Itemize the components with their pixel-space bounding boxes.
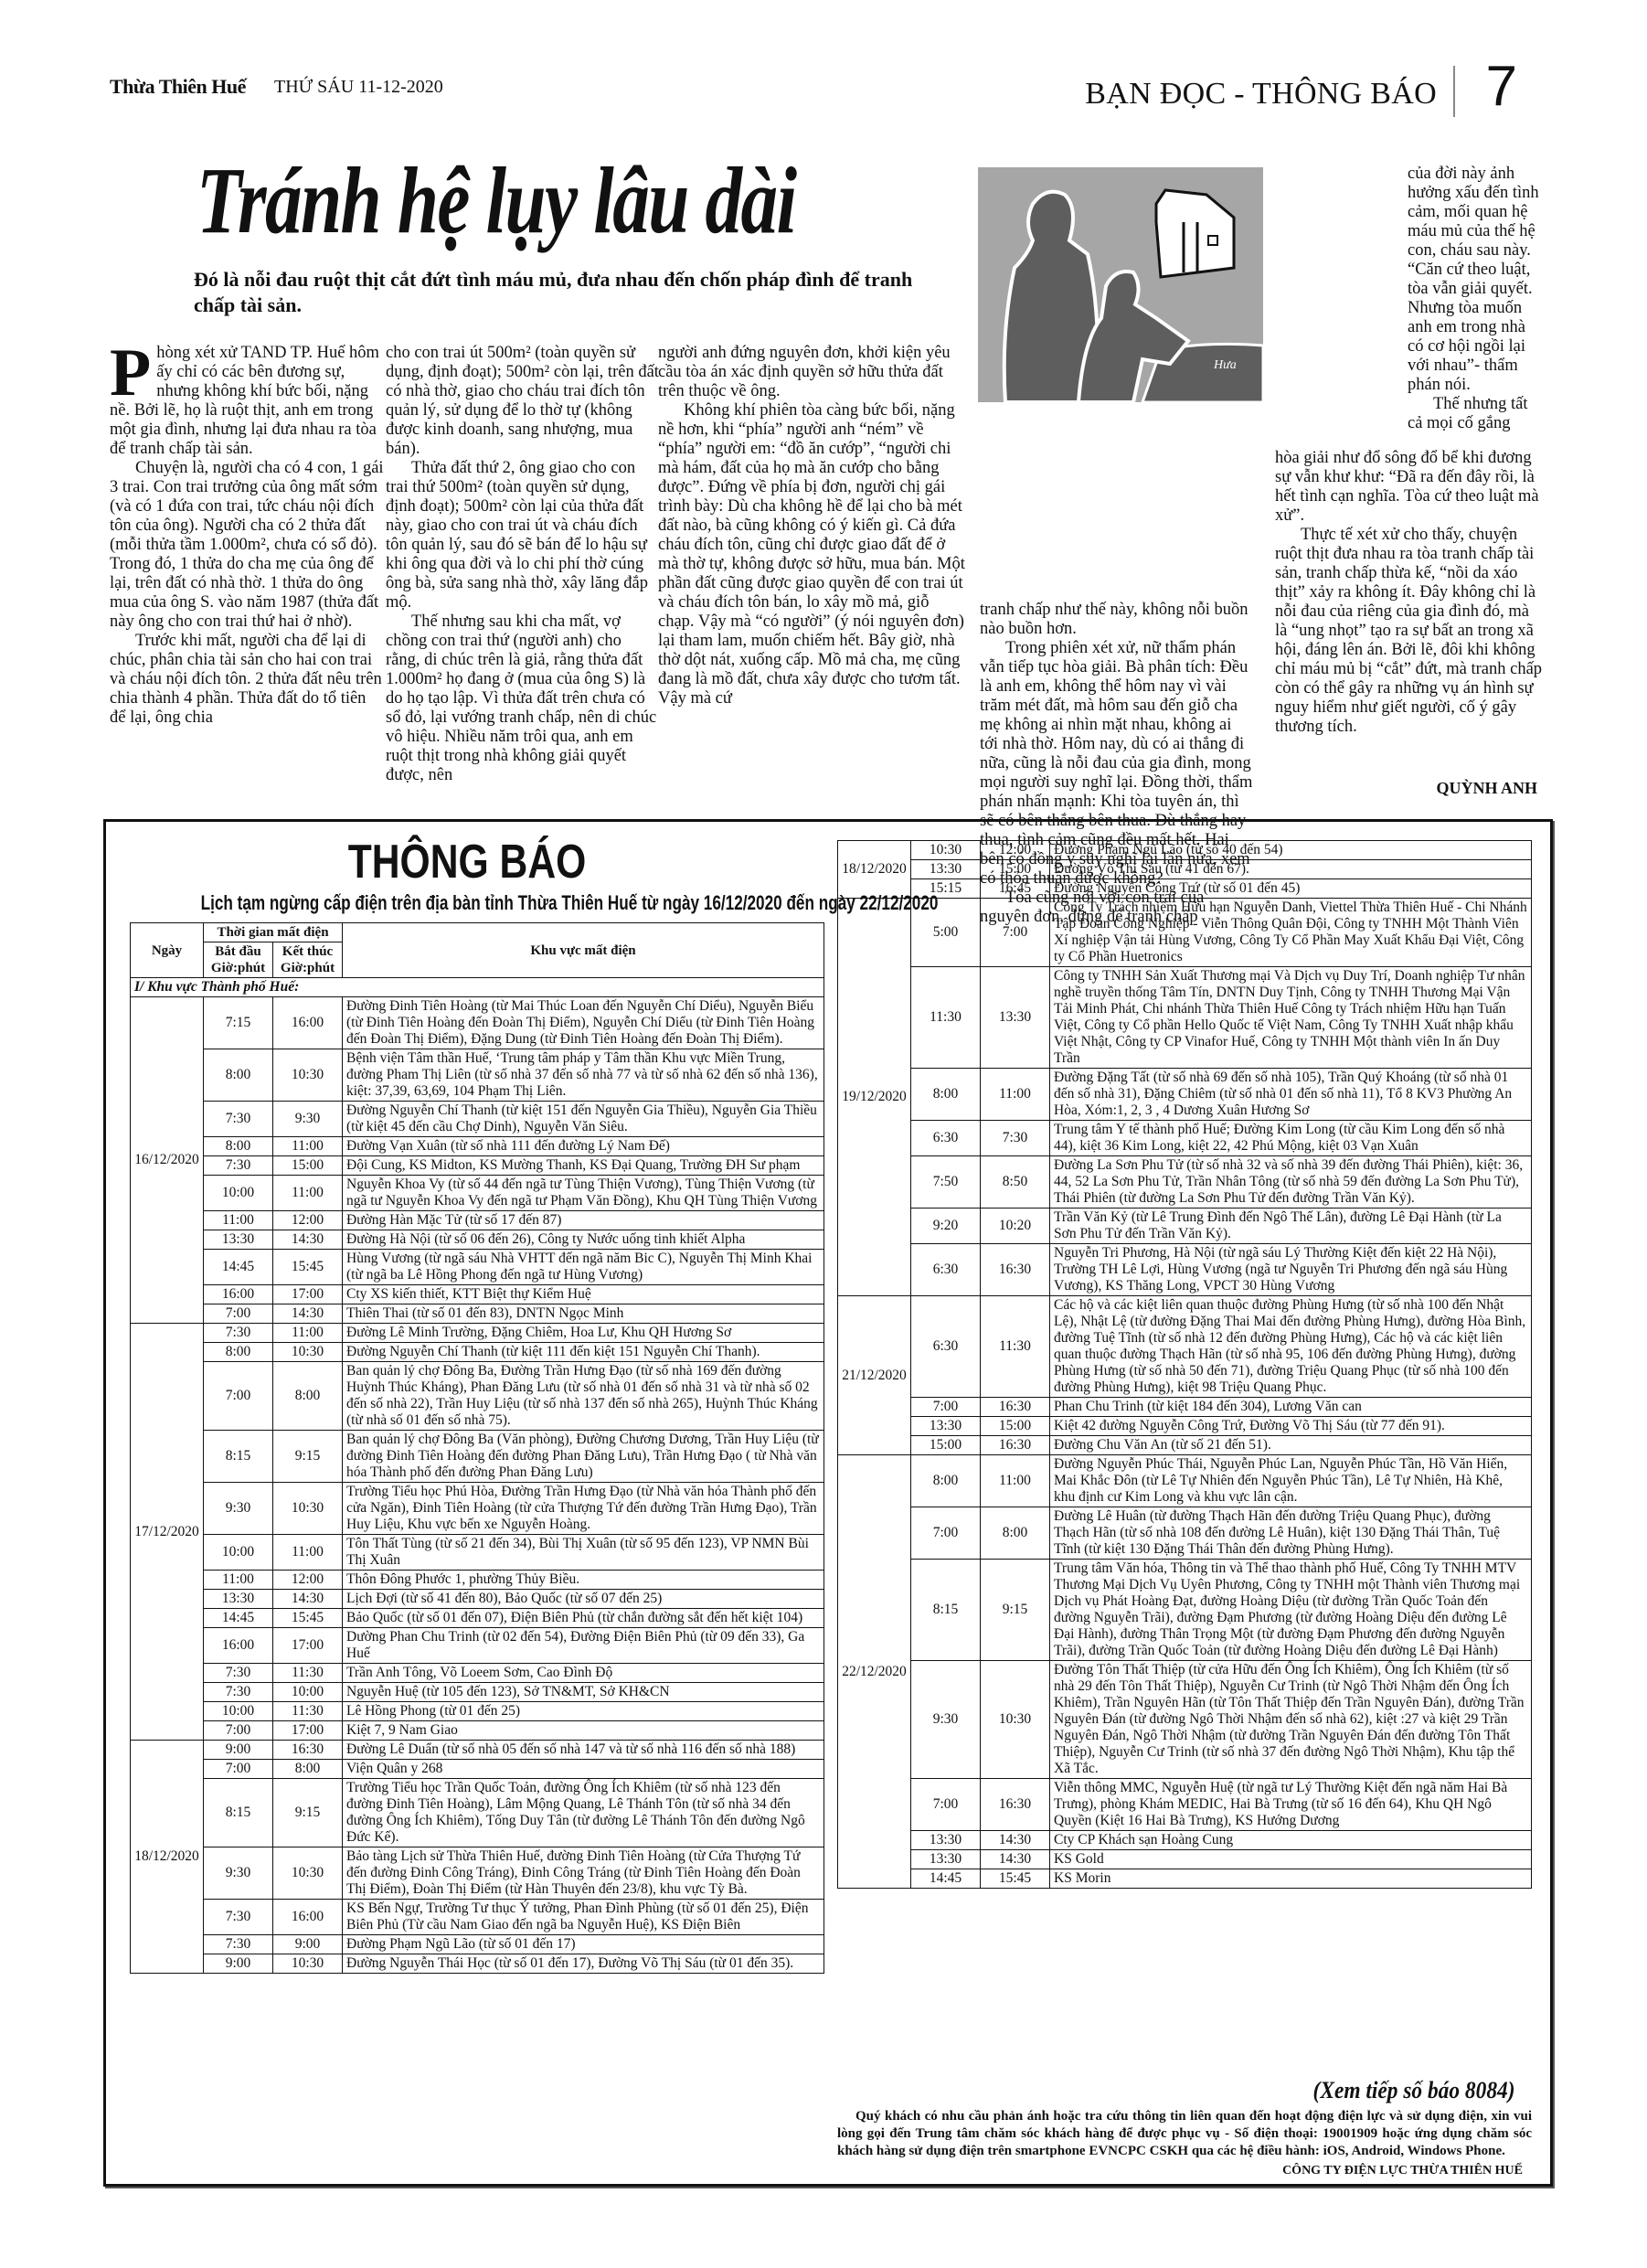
- outage-area: Bệnh viện Tâm thần Huế, ‘Trung tâm pháp …: [343, 1049, 824, 1102]
- outage-start-time: 7:30: [204, 1935, 273, 1954]
- table-row: 8:0010:30Bệnh viện Tâm thần Huế, ‘Trung …: [131, 1049, 824, 1102]
- table-row: 7:008:00Ban quản lý chợ Đông Ba, Đường T…: [131, 1362, 824, 1431]
- outage-area: Nguyễn Huệ (từ 105 đến 123), Sở TN&MT, S…: [343, 1683, 824, 1702]
- outage-end-time: 7:30: [981, 1121, 1050, 1156]
- table-row: 9:3010:30Đường Tôn Thất Thiệp (từ cửa Hữ…: [838, 1661, 1532, 1779]
- outage-end-time: 8:00: [273, 1760, 343, 1779]
- table-row: 6:3016:30Nguyễn Tri Phương, Hà Nội (từ n…: [838, 1244, 1532, 1296]
- table-row: 8:159:15Trường Tiểu học Trần Quốc Toản, …: [131, 1779, 824, 1847]
- outage-area: Lê Hồng Phong (từ 01 đến 25): [343, 1702, 824, 1721]
- outage-area: Trường Tiểu học Phú Hòa, Đường Trần Hưng…: [343, 1483, 824, 1535]
- notice-subtitle: Lịch tạm ngừng cấp điện trên địa bàn tỉn…: [201, 891, 743, 915]
- table-row: 18/12/20209:0016:30Đường Lê Duẩn (từ số …: [131, 1741, 824, 1760]
- outage-end-time: 17:00: [273, 1628, 343, 1664]
- outage-date: 19/12/2020: [838, 899, 911, 1296]
- table-row: 7:0016:30Phan Chu Trinh (từ kiệt 184 đến…: [838, 1398, 1532, 1417]
- paragraph: hòa giải như đổ sông đổ bể khi đương sự …: [1275, 449, 1545, 526]
- outage-start-time: 8:15: [204, 1431, 273, 1483]
- outage-start-time: 7:30: [204, 1102, 273, 1137]
- outage-area: Ban quản lý chợ Đông Ba (Văn phòng), Đườ…: [343, 1431, 824, 1483]
- table-row: 11:0012:00Thôn Đông Phước 1, phường Thủy…: [131, 1571, 824, 1590]
- outage-start-time: 9:00: [204, 1954, 273, 1974]
- outage-end-time: 12:00: [981, 841, 1050, 860]
- outage-start-time: 6:30: [911, 1296, 981, 1398]
- outage-end-time: 16:30: [981, 1244, 1050, 1296]
- outage-start-time: 8:00: [204, 1137, 273, 1156]
- table-row: 14:4515:45KS Morin: [838, 1869, 1532, 1889]
- outage-end-time: 10:30: [273, 1483, 343, 1535]
- table-row: 7:309:30Đường Nguyễn Chí Thanh (từ kiệt …: [131, 1102, 824, 1137]
- outage-area: Nguyễn Khoa Vy (từ số 44 đến ngã tư Tùng…: [343, 1176, 824, 1211]
- paragraph: cho con trai út 500m² (toàn quyền sử dụn…: [386, 344, 660, 459]
- outage-start-time: 13:30: [911, 860, 981, 879]
- outage-start-time: 13:30: [204, 1590, 273, 1609]
- issue-date: THỨ SÁU 11-12-2020: [274, 77, 443, 98]
- article-lead: Đó là nỗi đau ruột thịt cắt đứt tình máu…: [194, 267, 952, 318]
- outage-start-time: 10:00: [204, 1702, 273, 1721]
- paragraph: tranh chấp như thế này, không nỗi buồn n…: [980, 601, 1254, 639]
- article-illustration: Hưa: [978, 167, 1263, 402]
- outage-area: Hùng Vương (từ ngã sáu Nhà VHTT đến ngã …: [343, 1250, 824, 1285]
- illustrator-signature: Hưa: [1213, 358, 1237, 372]
- outage-end-time: 17:00: [273, 1285, 343, 1304]
- table-row: 9:0010:30Đường Nguyễn Thái Học (từ số 01…: [131, 1954, 824, 1974]
- masthead: Thừa Thiên Huế THỨ SÁU 11-12-2020 BẠN ĐỌ…: [110, 66, 1535, 121]
- table-row: 21/12/20206:3011:30Các hộ và các kiệt li…: [838, 1296, 1532, 1398]
- table-row: 14:4515:45Hùng Vương (từ ngã sáu Nhà VHT…: [131, 1250, 824, 1285]
- table-row: 17/12/20207:3011:00Đường Lê Minh Trường,…: [131, 1324, 824, 1343]
- outage-area: Nguyễn Tri Phương, Hà Nội (từ ngã sáu Lý…: [1050, 1244, 1532, 1296]
- outage-end-time: 16:30: [981, 1398, 1050, 1417]
- outage-date: 21/12/2020: [838, 1296, 911, 1455]
- outage-end-time: 14:30: [981, 1850, 1050, 1869]
- outage-start-time: 7:00: [204, 1760, 273, 1779]
- table-row: 7:508:50Đường La Sơn Phu Tử (từ số nhà 3…: [838, 1156, 1532, 1209]
- table-row: 7:0014:30Thiên Thai (từ số 01 đến 83), D…: [131, 1304, 824, 1324]
- outage-start-time: 7:00: [204, 1721, 273, 1741]
- outage-area: Viện Quân y 268: [343, 1760, 824, 1779]
- outage-area: Đường Nguyễn Chí Thanh (từ kiệt 111 đến …: [343, 1343, 824, 1362]
- header-divider: [1453, 66, 1455, 117]
- table-row: 8:0010:30Đường Nguyễn Chí Thanh (từ kiệt…: [131, 1343, 824, 1362]
- issuing-company: CÔNG TY ĐIỆN LỰC THỪA THIÊN HUẾ: [1282, 2164, 1523, 2178]
- table-row: 8:159:15Ban quản lý chợ Đông Ba (Văn phò…: [131, 1431, 824, 1483]
- outage-end-time: 14:30: [273, 1230, 343, 1250]
- table-row: 13:3014:30Lịch Đợi (từ số 41 đến 80), Bả…: [131, 1590, 824, 1609]
- table-row: 16:0017:00Cty XS kiến thiết, KTT Biệt th…: [131, 1285, 824, 1304]
- outage-end-time: 10:30: [273, 1847, 343, 1900]
- outage-start-time: 6:30: [911, 1244, 981, 1296]
- outage-end-time: 15:00: [981, 1417, 1050, 1436]
- paragraph: Thửa đất thứ 2, ông giao cho con trai th…: [386, 459, 660, 612]
- outage-end-time: 11:00: [981, 1069, 1050, 1121]
- table-row: 7:3015:00Đội Cung, KS Midton, KS Mường T…: [131, 1156, 824, 1176]
- table-row: 7:309:00Đường Phạm Ngũ Lão (từ số 01 đến…: [131, 1935, 824, 1954]
- outage-end-time: 15:45: [981, 1869, 1050, 1889]
- outage-end-time: 15:00: [981, 860, 1050, 879]
- outage-area: Đường Nguyễn Chí Thanh (từ kiệt 151 đến …: [343, 1102, 824, 1137]
- outage-area: Đường Đặng Tất (từ số nhà 69 đến số nhà …: [1050, 1069, 1532, 1121]
- outage-area: Đường Phạm Ngũ Lão (từ số 40 đến 54): [1050, 841, 1532, 860]
- article-title: Tránh hệ lụy lâu dài: [197, 146, 795, 255]
- outage-area: Các hộ và các kiệt liên quan thuộc đường…: [1050, 1296, 1532, 1398]
- table-row: 13:3015:00Đường Võ Thị Sáu (từ 41 đến 67…: [838, 860, 1532, 879]
- outage-end-time: 11:30: [981, 1296, 1050, 1398]
- article-column-5-bottom: hòa giải như đổ sông đổ bể khi đương sự …: [1275, 449, 1545, 737]
- outage-end-time: 11:30: [273, 1664, 343, 1683]
- table-row: 7:0017:00Kiệt 7, 9 Nam Giao: [131, 1721, 824, 1741]
- outage-end-time: 9:15: [273, 1779, 343, 1847]
- paragraph: của đời này ảnh hưởng xấu đến tình cảm, …: [1408, 165, 1545, 395]
- table-row: 16:0017:00Dường Phan Chu Trinh (từ 02 đế…: [131, 1628, 824, 1664]
- outage-end-time: 9:00: [273, 1935, 343, 1954]
- table-row: 7:3010:00Nguyễn Huệ (từ 105 đến 123), Sở…: [131, 1683, 824, 1702]
- outage-start-time: 8:00: [911, 1455, 981, 1507]
- outage-area: Trung tâm Y tế thành phố Huế; Đường Kim …: [1050, 1121, 1532, 1156]
- outage-area: KS Morin: [1050, 1869, 1532, 1889]
- outage-start-time: 9:20: [911, 1209, 981, 1244]
- outage-start-time: 11:00: [204, 1571, 273, 1590]
- outage-area: Đường Hàn Mặc Tử (từ số 17 đến 87): [343, 1211, 824, 1230]
- outage-start-time: 11:00: [204, 1211, 273, 1230]
- outage-end-time: 9:15: [273, 1431, 343, 1483]
- outage-end-time: 9:15: [981, 1560, 1050, 1661]
- outage-start-time: 7:50: [911, 1156, 981, 1209]
- outage-area: Đường Nguyễn Thái Học (từ số 01 đến 17),…: [343, 1954, 824, 1974]
- outage-end-time: 10:30: [273, 1343, 343, 1362]
- header-day: Ngày: [131, 923, 204, 978]
- outage-end-time: 11:30: [273, 1702, 343, 1721]
- outage-end-time: 8:00: [273, 1362, 343, 1431]
- table-row: 19/12/20205:007:00Công Ty Trách nhiệm Hữ…: [838, 899, 1532, 967]
- table-row: 16/12/20207:1516:00Đường Đinh Tiên Hoàng…: [131, 997, 824, 1049]
- outage-end-time: 14:30: [981, 1831, 1050, 1850]
- notice-title: THÔNG BÁO: [171, 835, 763, 889]
- table-row: 13:3015:00Kiệt 42 đường Nguyễn Công Trứ,…: [838, 1417, 1532, 1436]
- outage-area: Đường Lê Huân (từ đường Thạch Hãn đến đư…: [1050, 1507, 1532, 1560]
- outage-end-time: 8:00: [981, 1507, 1050, 1560]
- paragraph: Không khí phiên tòa càng bức bối, nặng n…: [658, 401, 969, 708]
- outage-end-time: 10:00: [273, 1683, 343, 1702]
- outage-area: Tôn Thất Tùng (từ số 21 đến 34), Bùi Thị…: [343, 1535, 824, 1571]
- outage-end-time: 15:00: [273, 1156, 343, 1176]
- outage-area: Cty CP Khách sạn Hoàng Cung: [1050, 1831, 1532, 1850]
- outage-end-time: 10:30: [273, 1954, 343, 1974]
- table-row: 18/12/202010:3012:00Đường Phạm Ngũ Lão (…: [838, 841, 1532, 860]
- outage-area: Cty XS kiến thiết, KTT Biệt thự Kiểm Huệ: [343, 1285, 824, 1304]
- table-row: 7:008:00Viện Quân y 268: [131, 1760, 824, 1779]
- outage-end-time: 11:00: [273, 1137, 343, 1156]
- table-row: 6:307:30Trung tâm Y tế thành phố Huế; Đư…: [838, 1121, 1532, 1156]
- article-column-1: Phòng xét xử TAND TP. Huế hôm ấy chỉ có …: [110, 344, 384, 728]
- outage-area: Trung tâm Văn hóa, Thông tin và Thể thao…: [1050, 1560, 1532, 1661]
- outage-end-time: 14:30: [273, 1590, 343, 1609]
- outage-start-time: 8:15: [204, 1779, 273, 1847]
- drop-cap: P: [110, 346, 151, 400]
- outage-start-time: 7:15: [204, 997, 273, 1049]
- table-row: 8:0011:00Đường Vạn Xuân (từ số nhà 111 đ…: [131, 1137, 824, 1156]
- outage-start-time: 7:00: [911, 1779, 981, 1831]
- outage-end-time: 15:45: [273, 1250, 343, 1285]
- outage-start-time: 9:30: [204, 1483, 273, 1535]
- outage-end-time: 14:30: [273, 1304, 343, 1324]
- outage-end-time: 12:00: [273, 1571, 343, 1590]
- table-row: 10:0011:00Nguyễn Khoa Vy (từ số 44 đến n…: [131, 1176, 824, 1211]
- outage-start-time: 14:45: [204, 1609, 273, 1628]
- outage-area: Bảo Quốc (từ số 01 đến 07), Điện Biên Ph…: [343, 1609, 824, 1628]
- page-number: 7: [1486, 59, 1517, 115]
- header-time-group: Thời gian mất điện: [204, 923, 343, 942]
- outage-start-time: 10:00: [204, 1535, 273, 1571]
- table-row: 13:3014:30Cty CP Khách sạn Hoàng Cung: [838, 1831, 1532, 1850]
- outage-start-time: 8:15: [911, 1560, 981, 1661]
- outage-area: Trần Văn Kỷ (từ Lê Trung Đình đến Ngô Th…: [1050, 1209, 1532, 1244]
- outage-area: KS Bến Ngự, Trường Tư thục Ý tưởng, Phan…: [343, 1900, 824, 1935]
- table-row: 9:2010:20Trần Văn Kỷ (từ Lê Trung Đình đ…: [838, 1209, 1532, 1244]
- outage-date: 22/12/2020: [838, 1455, 911, 1889]
- schedule-table-left: Ngày Thời gian mất điện Khu vực mất điện…: [130, 922, 824, 1974]
- outage-end-time: 10:30: [273, 1049, 343, 1102]
- outage-start-time: 10:00: [204, 1176, 273, 1211]
- outage-start-time: 6:30: [911, 1121, 981, 1156]
- section-name: BẠN ĐỌC - THÔNG BÁO: [1085, 77, 1437, 112]
- paragraph: Thực tế xét xử cho thấy, chuyện ruột thị…: [1275, 526, 1545, 737]
- outage-end-time: 11:00: [273, 1535, 343, 1571]
- outage-area: Đường Lê Duẩn (từ số nhà 05 đến số nhà 1…: [343, 1741, 824, 1760]
- outage-start-time: 7:00: [204, 1362, 273, 1431]
- schedule-table-right: 18/12/202010:3012:00Đường Phạm Ngũ Lão (…: [837, 840, 1532, 1889]
- outage-date: 17/12/2020: [131, 1324, 204, 1741]
- outage-start-time: 9:30: [204, 1847, 273, 1900]
- outage-end-time: 10:30: [981, 1661, 1050, 1779]
- outage-date: 18/12/2020: [131, 1741, 204, 1974]
- paragraph: Chuyện là, người cha có 4 con, 1 gái 3 t…: [110, 459, 384, 632]
- outage-start-time: 9:00: [204, 1741, 273, 1760]
- table-row: 13:3014:30Đường Hà Nội (từ số 06 đến 26)…: [131, 1230, 824, 1250]
- outage-start-time: 15:15: [911, 879, 981, 899]
- paragraph: Thế nhưng tất cả mọi cố gắng: [1408, 395, 1545, 433]
- table-row: 22/12/20208:0011:00Đường Nguyễn Phúc Thá…: [838, 1455, 1532, 1507]
- outage-end-time: 12:00: [273, 1211, 343, 1230]
- outage-start-time: 13:30: [911, 1850, 981, 1869]
- outage-start-time: 16:00: [204, 1628, 273, 1664]
- outage-end-time: 11:00: [981, 1455, 1050, 1507]
- outage-end-time: 17:00: [273, 1721, 343, 1741]
- outage-date: 18/12/2020: [838, 841, 911, 899]
- outage-area: Thôn Đông Phước 1, phường Thủy Biều.: [343, 1571, 824, 1590]
- outage-start-time: 16:00: [204, 1285, 273, 1304]
- outage-area: Ban quản lý chợ Đông Ba, Đường Trần Hưng…: [343, 1362, 824, 1431]
- article-column-2: cho con trai út 500m² (toàn quyền sử dụn…: [386, 344, 660, 785]
- outage-start-time: 8:00: [911, 1069, 981, 1121]
- outage-area: Công Ty Trách nhiệm Hữu hạn Nguyễn Danh,…: [1050, 899, 1532, 967]
- outage-end-time: 10:20: [981, 1209, 1050, 1244]
- outage-area: Đường Vạn Xuân (từ số nhà 111 đến đường …: [343, 1137, 824, 1156]
- table-row: 7:008:00Đường Lê Huân (từ đường Thạch Hã…: [838, 1507, 1532, 1560]
- outage-area: Phan Chu Trinh (từ kiệt 184 đến 304), Lư…: [1050, 1398, 1532, 1417]
- article-column-3: người anh đứng nguyên đơn, khởi kiện yêu…: [658, 344, 969, 708]
- table-row: 10:0011:30Lê Hồng Phong (từ 01 đến 25): [131, 1702, 824, 1721]
- outage-area: Dường Phan Chu Trinh (từ 02 đến 54), Đườ…: [343, 1628, 824, 1664]
- paragraph: người anh đứng nguyên đơn, khởi kiện yêu…: [658, 344, 969, 401]
- outage-area: Đường Tôn Thất Thiệp (từ cửa Hữu đến Ông…: [1050, 1661, 1532, 1779]
- paragraph: Thế nhưng sau khi cha mất, vợ chồng con …: [386, 612, 660, 785]
- author-byline: QUỲNH ANH: [1436, 779, 1537, 798]
- outage-end-time: 16:30: [981, 1436, 1050, 1455]
- two-men-house-drawing-icon: Hưa: [978, 167, 1263, 402]
- outage-start-time: 7:00: [911, 1507, 981, 1560]
- header-start: Bắt đầu Giờ:phút: [204, 942, 273, 978]
- outage-area: Đường Nguyễn Phúc Thái, Nguyễn Phúc Lan,…: [1050, 1455, 1532, 1507]
- outage-end-time: 16:00: [273, 1900, 343, 1935]
- outage-start-time: 7:00: [204, 1304, 273, 1324]
- outage-end-time: 11:00: [273, 1176, 343, 1211]
- table-row: 7:0016:30Viễn thông MMC, Nguyễn Huệ (từ …: [838, 1779, 1532, 1831]
- paragraph: Trước khi mất, người cha để lại di chúc,…: [110, 632, 384, 728]
- outage-start-time: 15:00: [911, 1436, 981, 1455]
- outage-date: 16/12/2020: [131, 997, 204, 1324]
- outage-area: Đường La Sơn Phu Tử (từ số nhà 32 và số …: [1050, 1156, 1532, 1209]
- article-column-5-top: của đời này ảnh hưởng xấu đến tình cảm, …: [1408, 165, 1545, 433]
- outage-area: Thiên Thai (từ số 01 đến 83), DNTN Ngọc …: [343, 1304, 824, 1324]
- outage-area: Kiệt 42 đường Nguyễn Công Trứ, Đường Võ …: [1050, 1417, 1532, 1436]
- outage-start-time: 14:45: [204, 1250, 273, 1285]
- table-row: 11:3013:30Công ty TNHH Sản Xuất Thương m…: [838, 967, 1532, 1069]
- table-row: 13:3014:30KS Gold: [838, 1850, 1532, 1869]
- outage-area: Đường Phạm Ngũ Lão (từ số 01 đến 17): [343, 1935, 824, 1954]
- outage-area: Đội Cung, KS Midton, KS Mường Thanh, KS …: [343, 1156, 824, 1176]
- outage-start-time: 7:30: [204, 1683, 273, 1702]
- table-row: 11:0012:00Đường Hàn Mặc Tử (từ số 17 đến…: [131, 1211, 824, 1230]
- outage-end-time: 16:45: [981, 879, 1050, 899]
- outage-end-time: 9:30: [273, 1102, 343, 1137]
- section-label: I/ Khu vực Thành phố Huế:: [131, 978, 824, 997]
- outage-area: Lịch Đợi (từ số 41 đến 80), Bảo Quốc (từ…: [343, 1590, 824, 1609]
- outage-area: Kiệt 7, 9 Nam Giao: [343, 1721, 824, 1741]
- outage-start-time: 9:30: [911, 1661, 981, 1779]
- power-outage-notice: THÔNG BÁO Lịch tạm ngừng cấp điện trên đ…: [103, 819, 1553, 2187]
- table-row: 9:3010:30Trường Tiểu học Phú Hòa, Đường …: [131, 1483, 824, 1535]
- outage-start-time: 7:30: [204, 1156, 273, 1176]
- outage-end-time: 15:45: [273, 1609, 343, 1628]
- outage-start-time: 7:30: [204, 1324, 273, 1343]
- outage-area: Trường Tiểu học Trần Quốc Toản, đường Ôn…: [343, 1779, 824, 1847]
- outage-area: Viễn thông MMC, Nguyễn Huệ (từ ngã tư Lý…: [1050, 1779, 1532, 1831]
- table-row: 8:159:15Trung tâm Văn hóa, Thông tin và …: [838, 1560, 1532, 1661]
- outage-area: Công ty TNHH Sản Xuất Thương mại Và Dịch…: [1050, 967, 1532, 1069]
- outage-start-time: 13:30: [911, 1831, 981, 1850]
- outage-end-time: 7:00: [981, 899, 1050, 967]
- outage-area: Bảo tàng Lịch sử Thừa Thiên Huế, đường Đ…: [343, 1847, 824, 1900]
- outage-end-time: 16:30: [981, 1779, 1050, 1831]
- outage-area: Trần Anh Tông, Võ Loeem Sơm, Cao Đình Độ: [343, 1664, 824, 1683]
- outage-end-time: 11:00: [273, 1324, 343, 1343]
- outage-area: Đường Võ Thị Sáu (từ 41 đến 67).: [1050, 860, 1532, 879]
- table-row: 15:0016:30Đường Chu Văn An (từ số 21 đến…: [838, 1436, 1532, 1455]
- header-end: Kết thúc Giờ:phút: [273, 942, 343, 978]
- outage-area: Đường Nguyễn Công Trứ (từ số 01 đến 45): [1050, 879, 1532, 899]
- table-row: 8:0011:00Đường Đặng Tất (từ số nhà 69 đế…: [838, 1069, 1532, 1121]
- table-row: 9:3010:30Bảo tàng Lịch sử Thừa Thiên Huế…: [131, 1847, 824, 1900]
- outage-area: Đường Chu Văn An (từ số 21 đến 51).: [1050, 1436, 1532, 1455]
- outage-start-time: 5:00: [911, 899, 981, 967]
- outage-start-time: 8:00: [204, 1343, 273, 1362]
- outage-start-time: 13:30: [911, 1417, 981, 1436]
- outage-area: Đường Hà Nội (từ số 06 đến 26), Công ty …: [343, 1230, 824, 1250]
- outage-end-time: 8:50: [981, 1156, 1050, 1209]
- table-row: 15:1516:45Đường Nguyễn Công Trứ (từ số 0…: [838, 879, 1532, 899]
- table-row: 7:3016:00KS Bến Ngự, Trường Tư thục Ý tư…: [131, 1900, 824, 1935]
- outage-end-time: 13:30: [981, 967, 1050, 1069]
- outage-area: Đường Lê Minh Trường, Đặng Chiêm, Hoa Lư…: [343, 1324, 824, 1343]
- outage-start-time: 7:00: [911, 1398, 981, 1417]
- header-area: Khu vực mất điện: [343, 923, 824, 978]
- outage-start-time: 14:45: [911, 1869, 981, 1889]
- outage-start-time: 8:00: [204, 1049, 273, 1102]
- outage-end-time: 16:30: [273, 1741, 343, 1760]
- outage-start-time: 10:30: [911, 841, 981, 860]
- outage-end-time: 16:00: [273, 997, 343, 1049]
- customer-contact-info: Quý khách có nhu cầu phản ánh hoặc tra c…: [837, 2108, 1532, 2160]
- continued-note: (Xem tiếp số báo 8084): [1313, 2077, 1515, 2104]
- outage-start-time: 11:30: [911, 967, 981, 1069]
- table-row: 10:0011:00Tôn Thất Tùng (từ số 21 đến 34…: [131, 1535, 824, 1571]
- table-row: 14:4515:45Bảo Quốc (từ số 01 đến 07), Đi…: [131, 1609, 824, 1628]
- outage-start-time: 13:30: [204, 1230, 273, 1250]
- outage-area: Đường Đinh Tiên Hoàng (từ Mai Thúc Loan …: [343, 997, 824, 1049]
- outage-area: KS Gold: [1050, 1850, 1532, 1869]
- newspaper-name: Thừa Thiên Huế: [110, 75, 246, 99]
- outage-start-time: 7:30: [204, 1900, 273, 1935]
- outage-start-time: 7:30: [204, 1664, 273, 1683]
- table-row: 7:3011:30Trần Anh Tông, Võ Loeem Sơm, Ca…: [131, 1664, 824, 1683]
